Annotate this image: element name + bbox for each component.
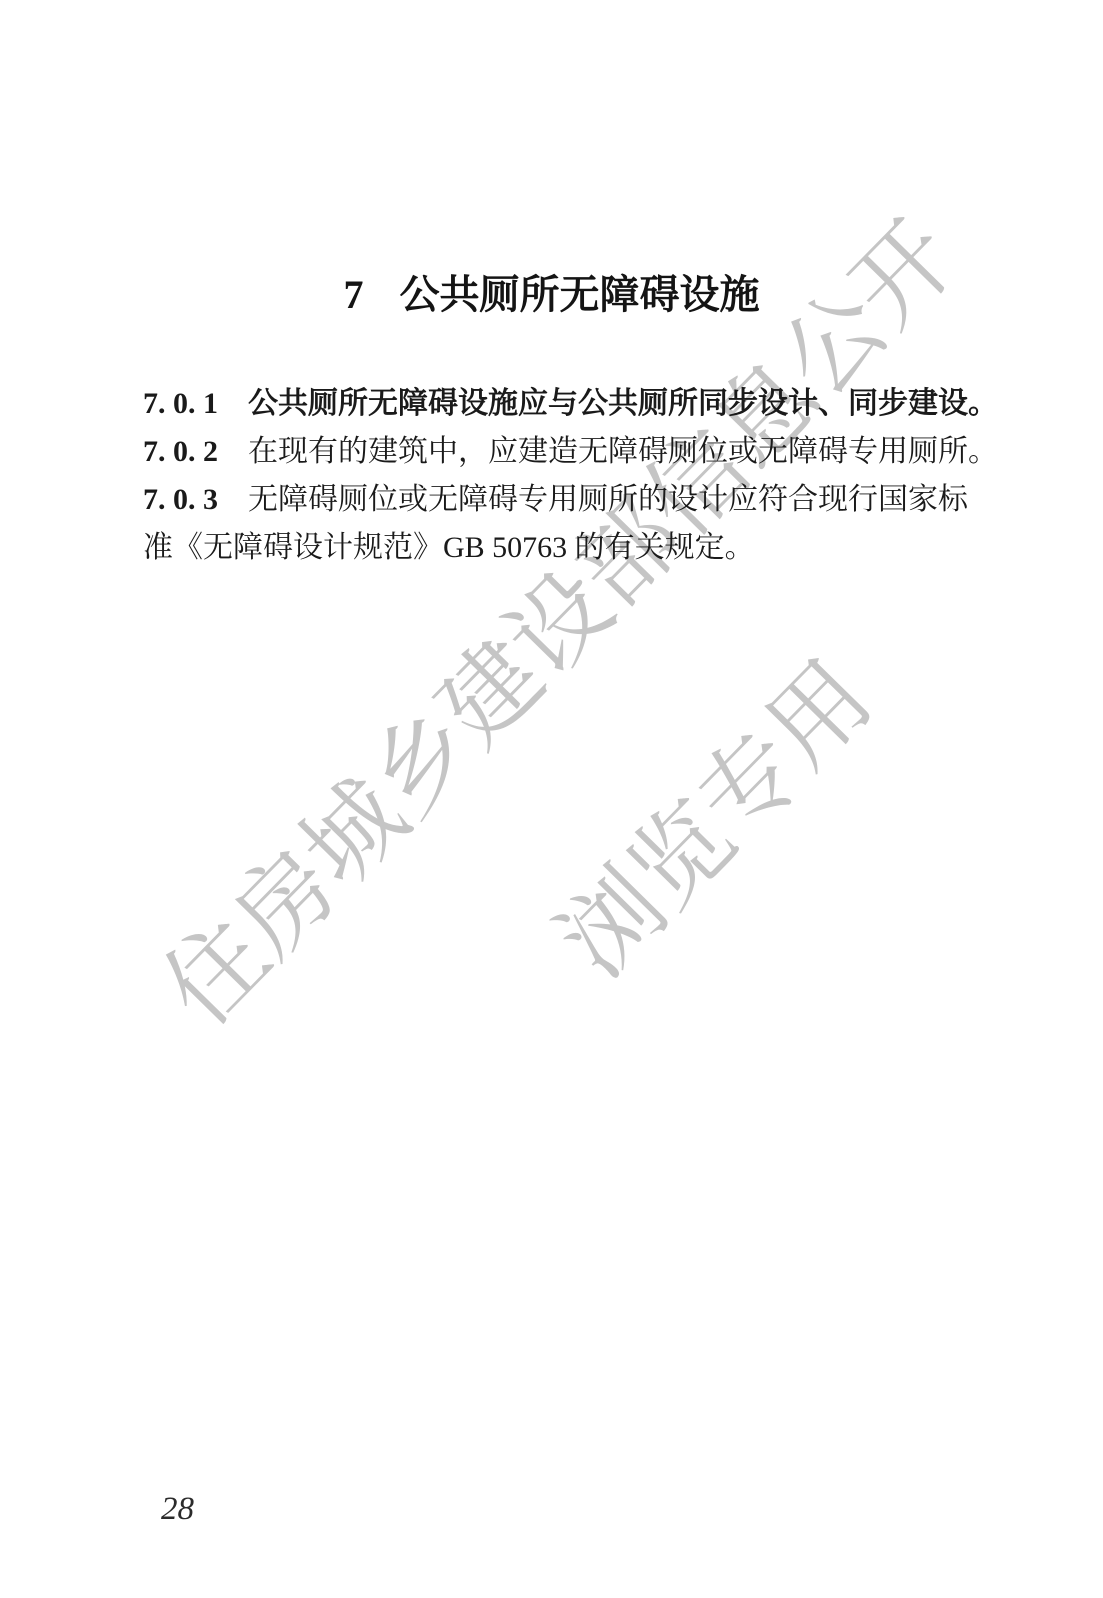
page-number: 28 <box>161 1490 194 1528</box>
clause-7-0-1-text: 公共厕所无障碍设施应与公共厕所同步设计、同步建设。 <box>248 387 998 420</box>
clause-list: 7. 0. 1公共厕所无障碍设施应与公共厕所同步设计、同步建设。 7. 0. 2… <box>143 380 988 572</box>
document-page: 住房城乡建设部信息公开 浏览专用 7公共厕所无障碍设施 7. 0. 1公共厕所无… <box>0 0 1103 1598</box>
chapter-heading: 7公共厕所无障碍设施 <box>0 269 1103 321</box>
clause-7-0-1: 7. 0. 1公共厕所无障碍设施应与公共厕所同步设计、同步建设。 <box>143 380 988 428</box>
clause-7-0-3: 7. 0. 3无障碍厕位或无障碍专用厕所的设计应符合现行国家标 <box>143 476 988 524</box>
chapter-number: 7 <box>344 272 364 317</box>
clause-7-0-3-number: 7. 0. 3 <box>143 476 218 524</box>
clause-7-0-2-text: 在现有的建筑中，应建造无障碍厕位或无障碍专用厕所。 <box>248 435 998 468</box>
chapter-title: 公共厕所无障碍设施 <box>400 272 760 317</box>
clause-7-0-3-text: 无障碍厕位或无障碍专用厕所的设计应符合现行国家标 <box>248 483 968 516</box>
clause-7-0-2-number: 7. 0. 2 <box>143 428 218 476</box>
clause-7-0-1-number: 7. 0. 1 <box>143 380 218 428</box>
clause-7-0-3-continuation: 准《无障碍设计规范》GB 50763 的有关规定。 <box>143 524 988 572</box>
watermark-line-2: 浏览专用 <box>545 646 890 994</box>
clause-7-0-2: 7. 0. 2在现有的建筑中，应建造无障碍厕位或无障碍专用厕所。 <box>143 428 988 476</box>
watermark-line-1: 住房城乡建设部信息公开 <box>148 205 973 1043</box>
